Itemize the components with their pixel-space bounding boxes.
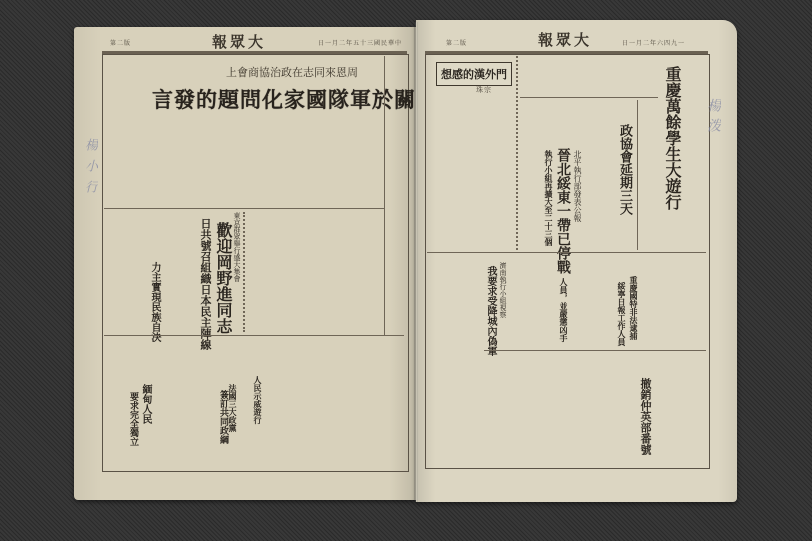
article-body-text: [695, 140, 706, 248]
article-body-text: [601, 138, 615, 174]
section-rule: [104, 208, 384, 209]
article-body-text: [520, 57, 656, 93]
article-subhead: 要求完全獨立: [128, 392, 137, 446]
article-headline: 晉北綏東一帶已停戰: [556, 148, 570, 274]
article-headline: 法國三大政黨: [229, 384, 237, 432]
article-headline: 人員，並嚴懲凶手: [560, 278, 568, 342]
article-headline: 撤銷仲英部番號: [640, 378, 651, 455]
article-headline: 政協會延期三天: [618, 124, 631, 215]
article-body-text: [387, 58, 405, 333]
article-body-text: [106, 58, 148, 206]
article-headline: 我要求受降城內偽軍: [485, 266, 495, 356]
right-date: 一九四六年二月一日: [622, 38, 685, 47]
article-body-text: [348, 58, 382, 114]
left-date: 中華民國三十五年二月一日: [318, 38, 402, 47]
center-fold: [414, 22, 418, 502]
handwritten-note-right: 楊泼: [703, 98, 723, 138]
article-body-text: [106, 212, 146, 252]
section-rule: [427, 252, 706, 253]
article-body-text: [106, 340, 402, 376]
article-body-text: [644, 256, 706, 354]
section-rule: [520, 97, 658, 98]
handwritten-note-left: 楊小行: [80, 138, 99, 201]
lead-headline: 重慶萬餘學生大遊行: [664, 66, 680, 210]
section-rule: [484, 350, 706, 351]
column-divider: [637, 100, 638, 250]
article-body-text: [248, 212, 382, 330]
article-subhead: 日共號召組織日本民主陣線: [200, 218, 211, 350]
lead-kicker: 周恩來同志在政治協商會上: [226, 64, 358, 80]
left-page-label: 第二版: [110, 38, 131, 47]
article-body-text: [106, 384, 126, 466]
column-divider: [384, 56, 385, 336]
article-body-text: [584, 101, 600, 247]
article-body-text: [106, 256, 146, 330]
article-body-text: [640, 57, 662, 249]
newspaper-photo: 第二版 大眾報 中華民國三十五年二月一日 周恩來同志在政治協商會上 關於軍隊國家…: [0, 0, 812, 541]
article-headline: 人民示威遊行: [254, 376, 262, 424]
article-headline: 力主實現民族自決: [149, 262, 159, 342]
article-subhead: 執行小組再擴大至二十三個: [545, 150, 553, 246]
article-headline: 緬甸人民: [140, 384, 150, 424]
article-body-text: [656, 356, 706, 464]
article-kicker: 東京群眾舉行盛大集會: [233, 212, 240, 282]
section-rule: [104, 335, 404, 336]
right-page-label: 第二版: [446, 38, 467, 47]
article-kicker: 濟南執行小組視察: [499, 262, 506, 318]
wavy-divider: [516, 56, 518, 250]
article-body-text: [520, 101, 544, 247]
article-body-text: [240, 384, 252, 466]
article-body-text: [486, 356, 636, 464]
article-subhead: 簽訂共同政綱: [218, 390, 227, 444]
article-body-text: [150, 118, 382, 206]
lead-subhead-text: [686, 57, 694, 137]
left-masthead: 大眾報: [212, 31, 266, 52]
article-kicker: 重慶國特非法逮捕: [630, 276, 638, 340]
article-body-text: [510, 256, 554, 346]
article-headline: 歡迎岡野進同志: [215, 222, 231, 334]
article-body-text: [574, 256, 614, 346]
article-body-text: [429, 256, 481, 464]
article-subhead-text: [160, 258, 176, 314]
column-title-box: 門外漢的感想: [436, 62, 512, 86]
article-kicker: 北平執行部發表公報: [573, 150, 581, 222]
right-masthead: 大眾報: [538, 29, 592, 50]
article-body-text: [180, 212, 198, 330]
article-body-text: [266, 380, 402, 466]
article-body-text: [154, 384, 214, 466]
article-body-text: [429, 94, 513, 248]
article-headline: 綏寧日報工作人員: [618, 282, 626, 346]
wavy-divider: [243, 212, 245, 332]
